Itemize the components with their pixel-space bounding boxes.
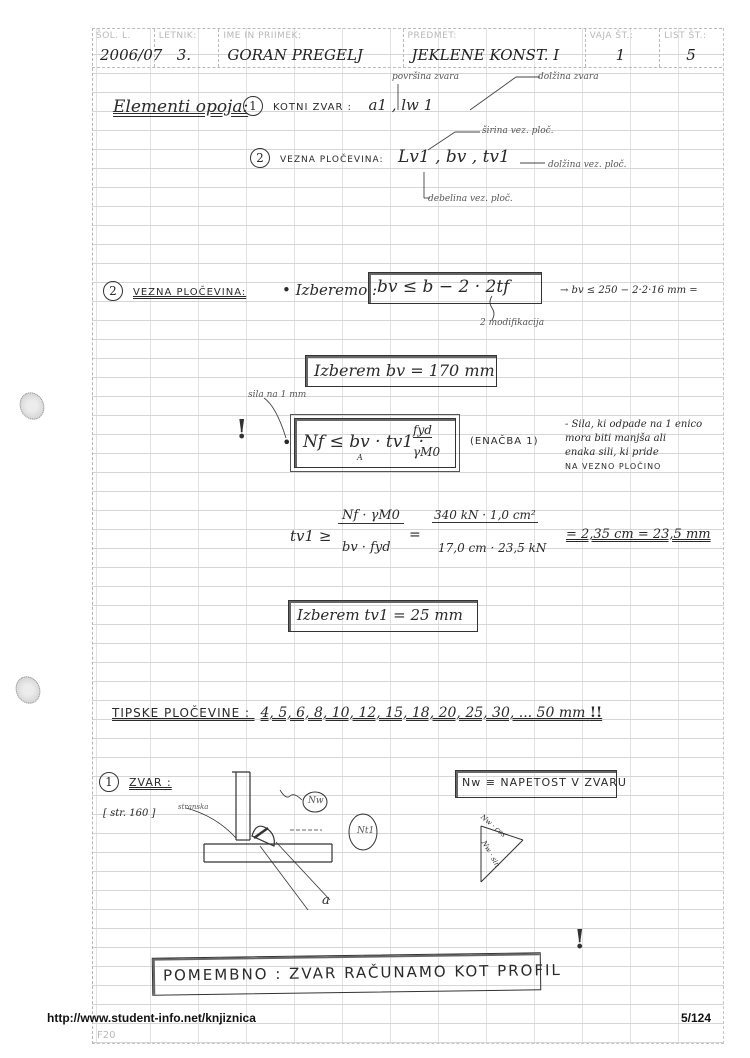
tv-lhs: tv1 ≥ <box>290 527 331 545</box>
formula-box: bv ≤ b − 2 · 2tf <box>368 272 542 304</box>
source-url[interactable]: http://www.student-info.net/knjiznica <box>47 1011 256 1025</box>
choose-label: • Izberemo : <box>282 281 377 299</box>
exclamation-icon: ! <box>236 415 247 445</box>
weld-reference: [ str. 160 ] <box>103 808 155 819</box>
diagram-label-nw: Nw <box>308 796 324 806</box>
force-note: sila na 1 mm <box>248 390 306 400</box>
weld-section-heading: 1ZVAR : <box>99 772 172 792</box>
chosen-width-box: Izberem bv = 170 mm <box>305 355 497 387</box>
tv-frac2-num: 340 kN · 1,0 cm² <box>432 508 538 523</box>
tv-result: = 2,35 cm = 23,5 mm <box>566 527 711 542</box>
definition-box: Nw ≡ NAPETOST V ZVARU <box>455 770 617 798</box>
form-stamp: F20 <box>97 1030 115 1041</box>
equation-1-tag: (ENAČBA 1) <box>470 436 539 447</box>
diagram-label-a: a <box>322 893 330 908</box>
tv-equals: = <box>409 527 421 543</box>
tv-frac1-den: bv · fyd <box>342 540 391 555</box>
equation-1-comment: - Sila, ki odpade na 1 enico mora biti m… <box>565 418 725 474</box>
tv-frac2-den: 17,0 cm · 23,5 kN <box>438 541 546 555</box>
plate-section-heading: 2VEZNA PLOČEVINA: <box>103 281 246 301</box>
typical-plates-line: TIPSKE PLOČEVINE : 4, 5, 6, 8, 10, 12, 1… <box>112 705 602 721</box>
weld-diagram <box>180 770 380 910</box>
width-calc: → bv ≤ 250 − 2·2·16 mm = <box>560 285 698 296</box>
formula-note: 2 modifikacija <box>480 318 544 328</box>
important-box: POMEMBNO : ZVAR RAČUNAMO KOT PROFIL <box>152 952 541 995</box>
bullet: • <box>282 433 291 452</box>
equation-1-box: Nf ≤ bv · tv1 · fyd γM0 A <box>294 418 456 468</box>
diagram-label-side: stranska <box>178 803 208 811</box>
diagram-label-nt: Nt1 <box>357 826 374 836</box>
tv-frac1-num: Nf · γM0 <box>338 508 404 524</box>
chosen-thickness-box: Izberem tv1 = 25 mm <box>288 600 478 632</box>
force-triangle-diagram <box>475 820 545 890</box>
exclamation-icon: ! <box>574 925 585 955</box>
page-counter: 5/124 <box>681 1011 711 1025</box>
